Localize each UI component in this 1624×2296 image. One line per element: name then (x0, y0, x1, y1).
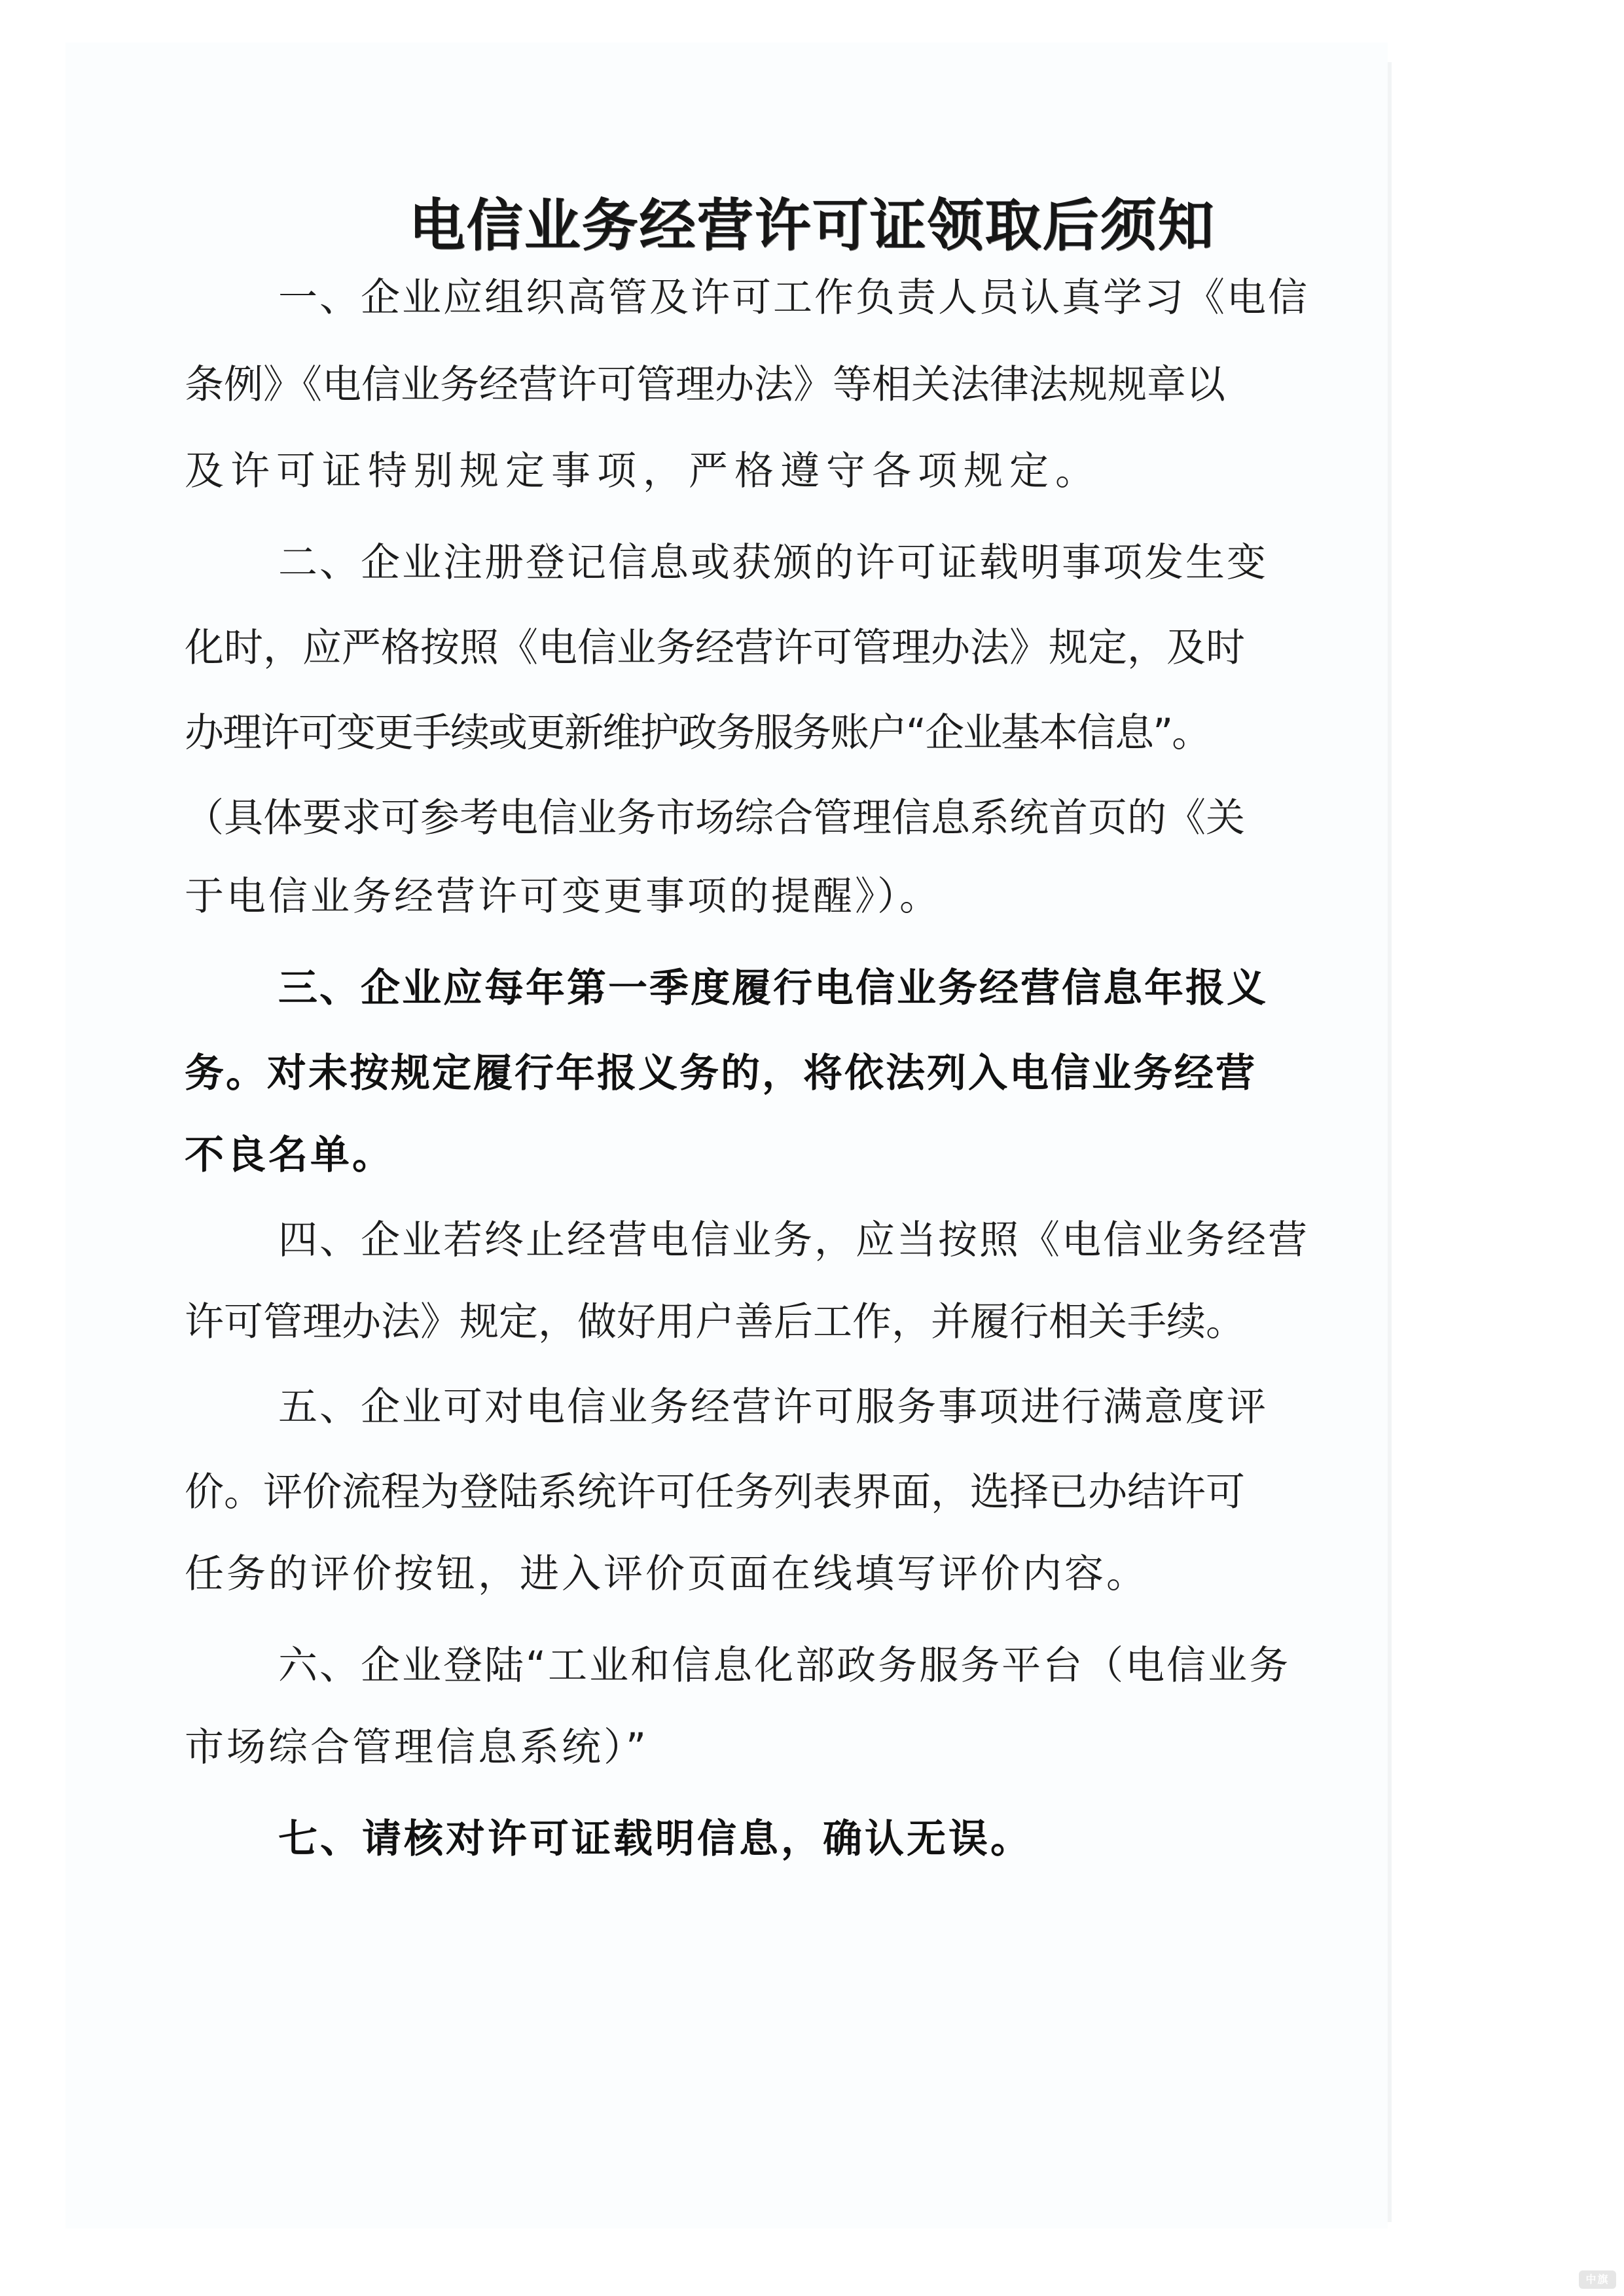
section-3-line-1: 三、企业应每年第一季度履行电信业务经营信息年报义 (278, 962, 1476, 1014)
section-5-line-2: 价。评价流程为登陆系统许可任务列表界面，选择已办结许可 (185, 1466, 1382, 1518)
section-2-line-3: 办理许可变更手续或更新维护政务服务账户“企业基本信息”。 (185, 707, 1382, 759)
section-3-line-2: 务。对未按规定履行年报义务的，将依法列入电信业务经营 (185, 1047, 1382, 1100)
section-2-line-4: （具体要求可参考电信业务市场综合管理信息系统首页的《关 (185, 792, 1382, 844)
section-5-line-3: 任务的评价按钮，进入评价页面在线填写评价内容。 (185, 1548, 1382, 1600)
scan-edge-line (1388, 62, 1392, 2222)
section-3-line-3: 不良名单。 (185, 1129, 1382, 1181)
section-4-line-2: 许可管理办法》规定，做好用户善后工作，并履行相关手续。 (185, 1296, 1382, 1348)
section-6-line-1: 六、企业登陆“工业和信息化部政务服务平台（电信业务 (278, 1640, 1476, 1692)
section-6-line-2: 市场综合管理信息系统）” (185, 1721, 1382, 1774)
section-1-line-2: 条例》《电信业务经营许可管理办法》等相关法律法规规章以 (185, 359, 1382, 411)
section-5-line-1: 五、企业可对电信业务经营许可服务事项进行满意度评 (278, 1381, 1476, 1433)
section-7-line-1: 七、请核对许可证载明信息，确认无误。 (278, 1813, 1476, 1865)
section-4-line-1: 四、企业若终止经营电信业务，应当按照《电信业务经营 (278, 1214, 1476, 1266)
section-2-line-5: 于电信业务经营许可变更事项的提醒》）。 (185, 870, 1382, 923)
watermark-badge: 中旗 (1579, 2270, 1616, 2289)
section-1-line-1: 一、企业应组织高管及许可工作负责人员认真学习《电信 (278, 272, 1476, 324)
section-2-line-2: 化时，应严格按照《电信业务经营许可管理办法》规定，及时 (185, 622, 1382, 674)
section-1-line-3: 及许可证特别规定事项，严格遵守各项规定。 (185, 445, 1382, 497)
section-2-line-1: 二、企业注册登记信息或获颁的许可证载明事项发生变 (278, 537, 1476, 589)
document-title: 电信业务经营许可证领取后须知 (0, 190, 1624, 262)
